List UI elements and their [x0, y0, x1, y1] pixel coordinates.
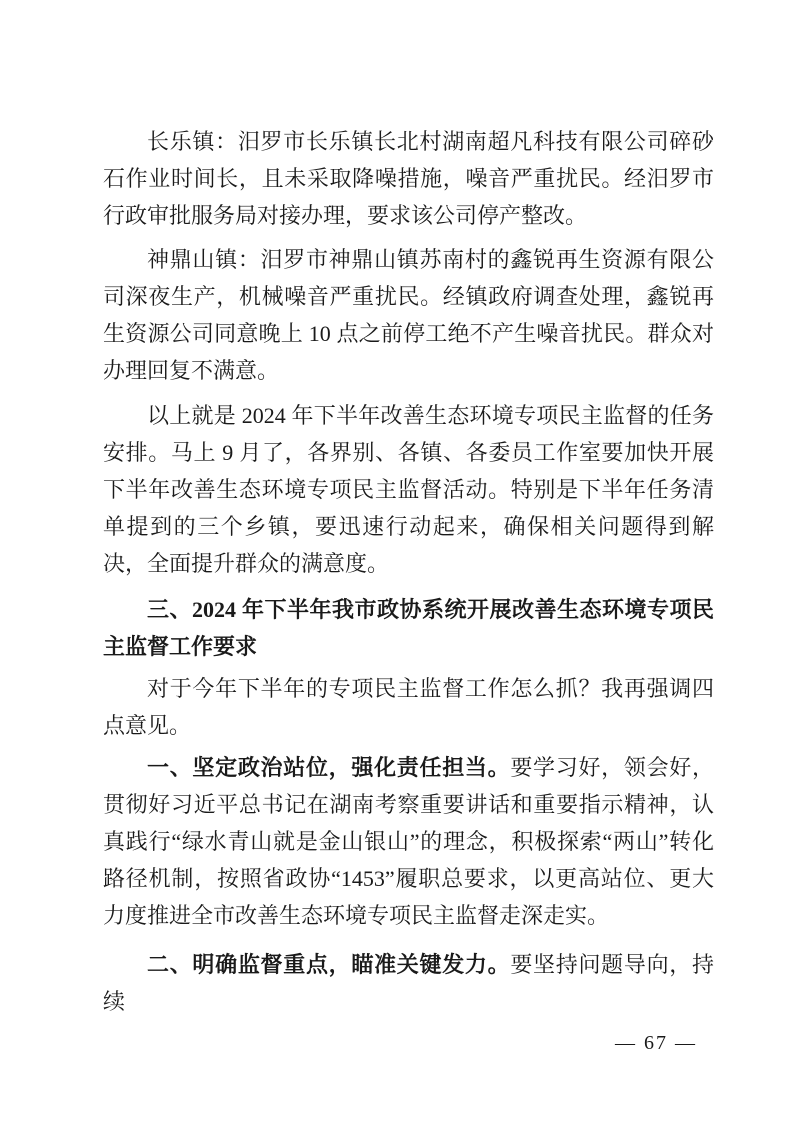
- document-page: 长乐镇：汨罗市长乐镇长北村湖南超凡科技有限公司碎砂石作业时间长，且未采取降噪措施…: [0, 0, 793, 1122]
- document-body: 长乐镇：汨罗市长乐镇长北村湖南超凡科技有限公司碎砂石作业时间长，且未采取降噪措施…: [103, 123, 714, 1020]
- paragraph-task-summary: 以上就是 2024 年下半年改善生态环境专项民主监督的任务安排。马上 9 月了，…: [103, 397, 714, 582]
- paragraph-point-2: 二、明确监督重点，瞄准关键发力。要坚持问题导向，持续: [103, 946, 714, 1020]
- page-number: — 67 —: [615, 1032, 697, 1055]
- paragraph-shendingshan-town: 神鼎山镇：汨罗市神鼎山镇苏南村的鑫锐再生资源有限公司深夜生产，机械噪音严重扰民。…: [103, 241, 714, 389]
- point-2-lead: 二、明确监督重点，瞄准关键发力。: [147, 952, 510, 977]
- paragraph-changle-town: 长乐镇：汨罗市长乐镇长北村湖南超凡科技有限公司碎砂石作业时间长，且未采取降噪措施…: [103, 123, 714, 234]
- point-1-body: 要学习好，领会好，贯彻好习近平总书记在湖南考察重要讲话和重要指示精神，认真践行“…: [103, 755, 714, 928]
- paragraph-requirements-intro: 对于今年下半年的专项民主监督工作怎么抓？我再强调四点意见。: [103, 670, 714, 744]
- paragraph-point-1: 一、坚定政治站位，强化责任担当。要学习好，领会好，贯彻好习近平总书记在湖南考察重…: [103, 749, 714, 934]
- point-1-lead: 一、坚定政治站位，强化责任担当。: [147, 755, 510, 780]
- section-heading-3: 三、2024 年下半年我市政协系统开展改善生态环境专项民主监督工作要求: [103, 591, 714, 665]
